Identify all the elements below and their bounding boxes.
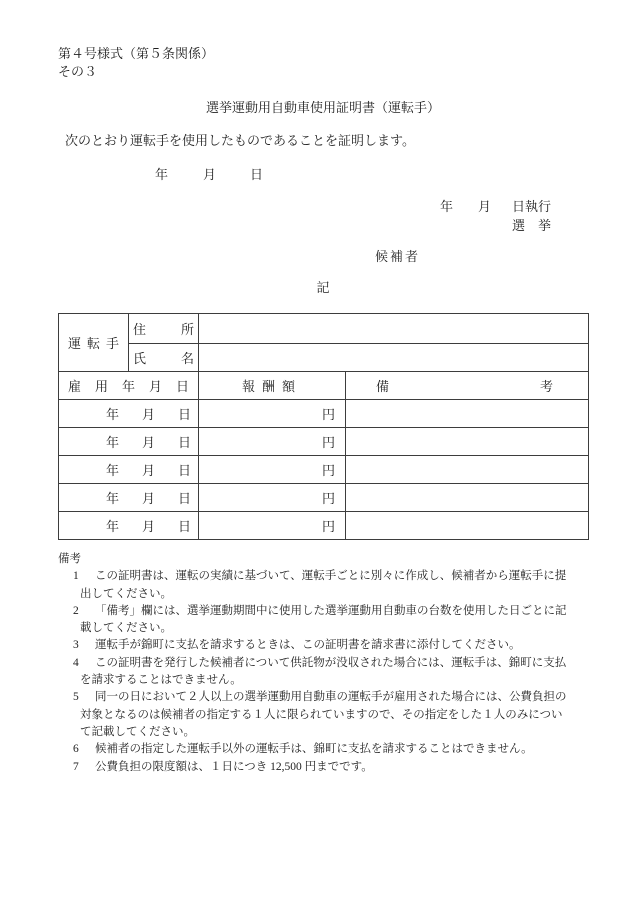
- note-item-2: 2 「備考」欄には、選挙運動期間中に使用した選挙運動用自動車の台数を使用した日ご…: [58, 603, 594, 638]
- note-item-3: 3 運転手が錦町に支払を請求するときは、この証明書を請求書に添付してください。: [58, 637, 594, 654]
- issue-date-day-label: 日: [250, 167, 263, 182]
- yen-label: 円: [199, 488, 345, 507]
- note-text: 対象となるのは候補者の指定する１人に限られていますので、その指定をした１人のみに…: [58, 707, 594, 724]
- yen-label: 円: [199, 432, 345, 451]
- note-text: この証明書は、運転の実績に基づいて、運転手ごとに別々に作成し、候補者から運転手に…: [58, 568, 594, 585]
- election-date-line: 年月日執行: [440, 197, 551, 216]
- note-number: 4: [73, 655, 79, 672]
- note-text: を請求することはできません。: [58, 672, 594, 689]
- remarks-cell: [346, 512, 589, 540]
- employment-date-header: 雇用年月日: [59, 376, 198, 395]
- driver-label-cell: 運転手: [59, 314, 129, 372]
- year-label: 年: [106, 404, 119, 423]
- remuneration-cell: 円: [199, 400, 346, 428]
- month-label: 月: [142, 516, 155, 535]
- note-text: 運転手が錦町に支払を請求するときは、この証明書を請求書に添付してください。: [58, 637, 594, 654]
- issue-date-line: 年月日: [155, 164, 263, 183]
- document-title: 選挙運動用自動車使用証明書（運転手）: [58, 97, 588, 116]
- note-text: 候補者の指定した運転手以外の運転手は、錦町に支払を請求することはできません。: [58, 741, 594, 758]
- note-number: 7: [73, 759, 79, 776]
- employment-date-cell: 年月日: [59, 512, 199, 540]
- yen-label: 円: [199, 404, 345, 423]
- table-row: 年月日 円: [59, 512, 589, 540]
- address-label: 住所: [129, 319, 198, 338]
- table-row-name: 氏名: [59, 344, 589, 372]
- document-page: 第４号様式（第５条関係） その３ 選挙運動用自動車使用証明書（運転手） 次のとお…: [0, 0, 630, 903]
- table-row-address: 運転手 住所: [59, 314, 589, 344]
- election-label: 選 挙: [440, 216, 551, 235]
- declaration-sentence: 次のとおり運転手を使用したものであることを証明します。: [65, 130, 415, 149]
- day-label: 日: [178, 488, 191, 507]
- election-year-label: 年: [440, 199, 453, 214]
- name-label-cell: 氏名: [129, 344, 199, 372]
- note-number: 6: [73, 741, 79, 758]
- address-value-cell: [199, 314, 589, 344]
- employment-date-cell: 年月日: [59, 456, 199, 484]
- table-row: 年月日 円: [59, 428, 589, 456]
- year-label: 年: [106, 488, 119, 507]
- name-label: 氏名: [129, 348, 198, 367]
- note-item-6: 6 候補者の指定した運転手以外の運転手は、錦町に支払を請求することはできません。: [58, 741, 594, 758]
- issue-date-month-label: 月: [203, 167, 216, 182]
- table-row: 年月日 円: [59, 400, 589, 428]
- month-label: 月: [142, 488, 155, 507]
- note-text: 出してください。: [58, 586, 594, 603]
- yen-label: 円: [199, 460, 345, 479]
- note-text: この証明書を発行した候補者について供託物が没収された場合には、運転手は、錦町に支…: [58, 655, 594, 672]
- employment-date-cell: 年月日: [59, 484, 199, 512]
- remuneration-header-cell: 報酬額: [199, 372, 346, 400]
- note-item-5: 5 同一の日において２人以上の選挙運動用自動車の運転手が雇用された場合には、公費…: [58, 689, 594, 741]
- remarks-cell: [346, 400, 589, 428]
- yen-label: 円: [199, 516, 345, 535]
- remuneration-cell: 円: [199, 428, 346, 456]
- remuneration-cell: 円: [199, 484, 346, 512]
- year-label: 年: [106, 460, 119, 479]
- form-number: 第４号様式（第５条関係）: [58, 45, 214, 63]
- note-item-1: 1 この証明書は、運転の実績に基づいて、運転手ごとに別々に作成し、候補者から運転…: [58, 568, 594, 603]
- driver-table: 運転手 住所 氏名 雇用年月日 報酬額 備考 年月日: [58, 313, 589, 540]
- note-number: 3: [73, 637, 79, 654]
- record-heading: 記: [58, 277, 588, 296]
- election-day-exec-label: 日執行: [512, 199, 551, 214]
- address-label-cell: 住所: [129, 314, 199, 344]
- remuneration-cell: 円: [199, 512, 346, 540]
- table-row: 年月日 円: [59, 484, 589, 512]
- notes-section: 備考 1 この証明書は、運転の実績に基づいて、運転手ごとに別々に作成し、候補者か…: [58, 551, 594, 776]
- employment-date-cell: 年月日: [59, 428, 199, 456]
- month-label: 月: [142, 460, 155, 479]
- employment-date-header-cell: 雇用年月日: [59, 372, 199, 400]
- note-text: 載してください。: [58, 620, 594, 637]
- remarks-header-cell: 備考: [346, 372, 589, 400]
- form-id-block: 第４号様式（第５条関係） その３: [58, 45, 214, 81]
- year-label: 年: [106, 432, 119, 451]
- note-item-7: 7 公費負担の限度額は、１日につき 12,500 円までです。: [58, 759, 594, 776]
- note-number: 2: [73, 603, 79, 620]
- year-label: 年: [106, 516, 119, 535]
- form-sub-number: その３: [58, 63, 214, 81]
- table-header-row: 雇用年月日 報酬額 備考: [59, 372, 589, 400]
- note-text: 公費負担の限度額は、１日につき 12,500 円までです。: [58, 759, 594, 776]
- day-label: 日: [178, 404, 191, 423]
- day-label: 日: [178, 460, 191, 479]
- month-label: 月: [142, 404, 155, 423]
- remarks-cell: [346, 428, 589, 456]
- notes-label: 備考: [58, 551, 594, 568]
- note-number: 5: [73, 689, 79, 706]
- day-label: 日: [178, 432, 191, 451]
- table-row: 年月日 円: [59, 456, 589, 484]
- employment-date-cell: 年月日: [59, 400, 199, 428]
- candidate-label: 候補者: [375, 246, 420, 265]
- day-label: 日: [178, 516, 191, 535]
- election-month-label: 月: [478, 199, 491, 214]
- issue-date-year-label: 年: [155, 167, 168, 182]
- note-number: 1: [73, 568, 79, 585]
- month-label: 月: [142, 432, 155, 451]
- note-item-4: 4 この証明書を発行した候補者について供託物が没収された場合には、運転手は、錦町…: [58, 655, 594, 690]
- remarks-cell: [346, 456, 589, 484]
- remarks-cell: [346, 484, 589, 512]
- name-value-cell: [199, 344, 589, 372]
- election-block: 年月日執行 選 挙: [440, 197, 551, 235]
- note-text: て記載してください。: [58, 724, 594, 741]
- remarks-header: 備考: [346, 376, 588, 395]
- note-text: 同一の日において２人以上の選挙運動用自動車の運転手が雇用された場合には、公費負担…: [58, 689, 594, 706]
- driver-label: 運転手: [59, 333, 128, 352]
- note-text: 「備考」欄には、選挙運動期間中に使用した選挙運動用自動車の台数を使用した日ごとに…: [58, 603, 594, 620]
- remuneration-cell: 円: [199, 456, 346, 484]
